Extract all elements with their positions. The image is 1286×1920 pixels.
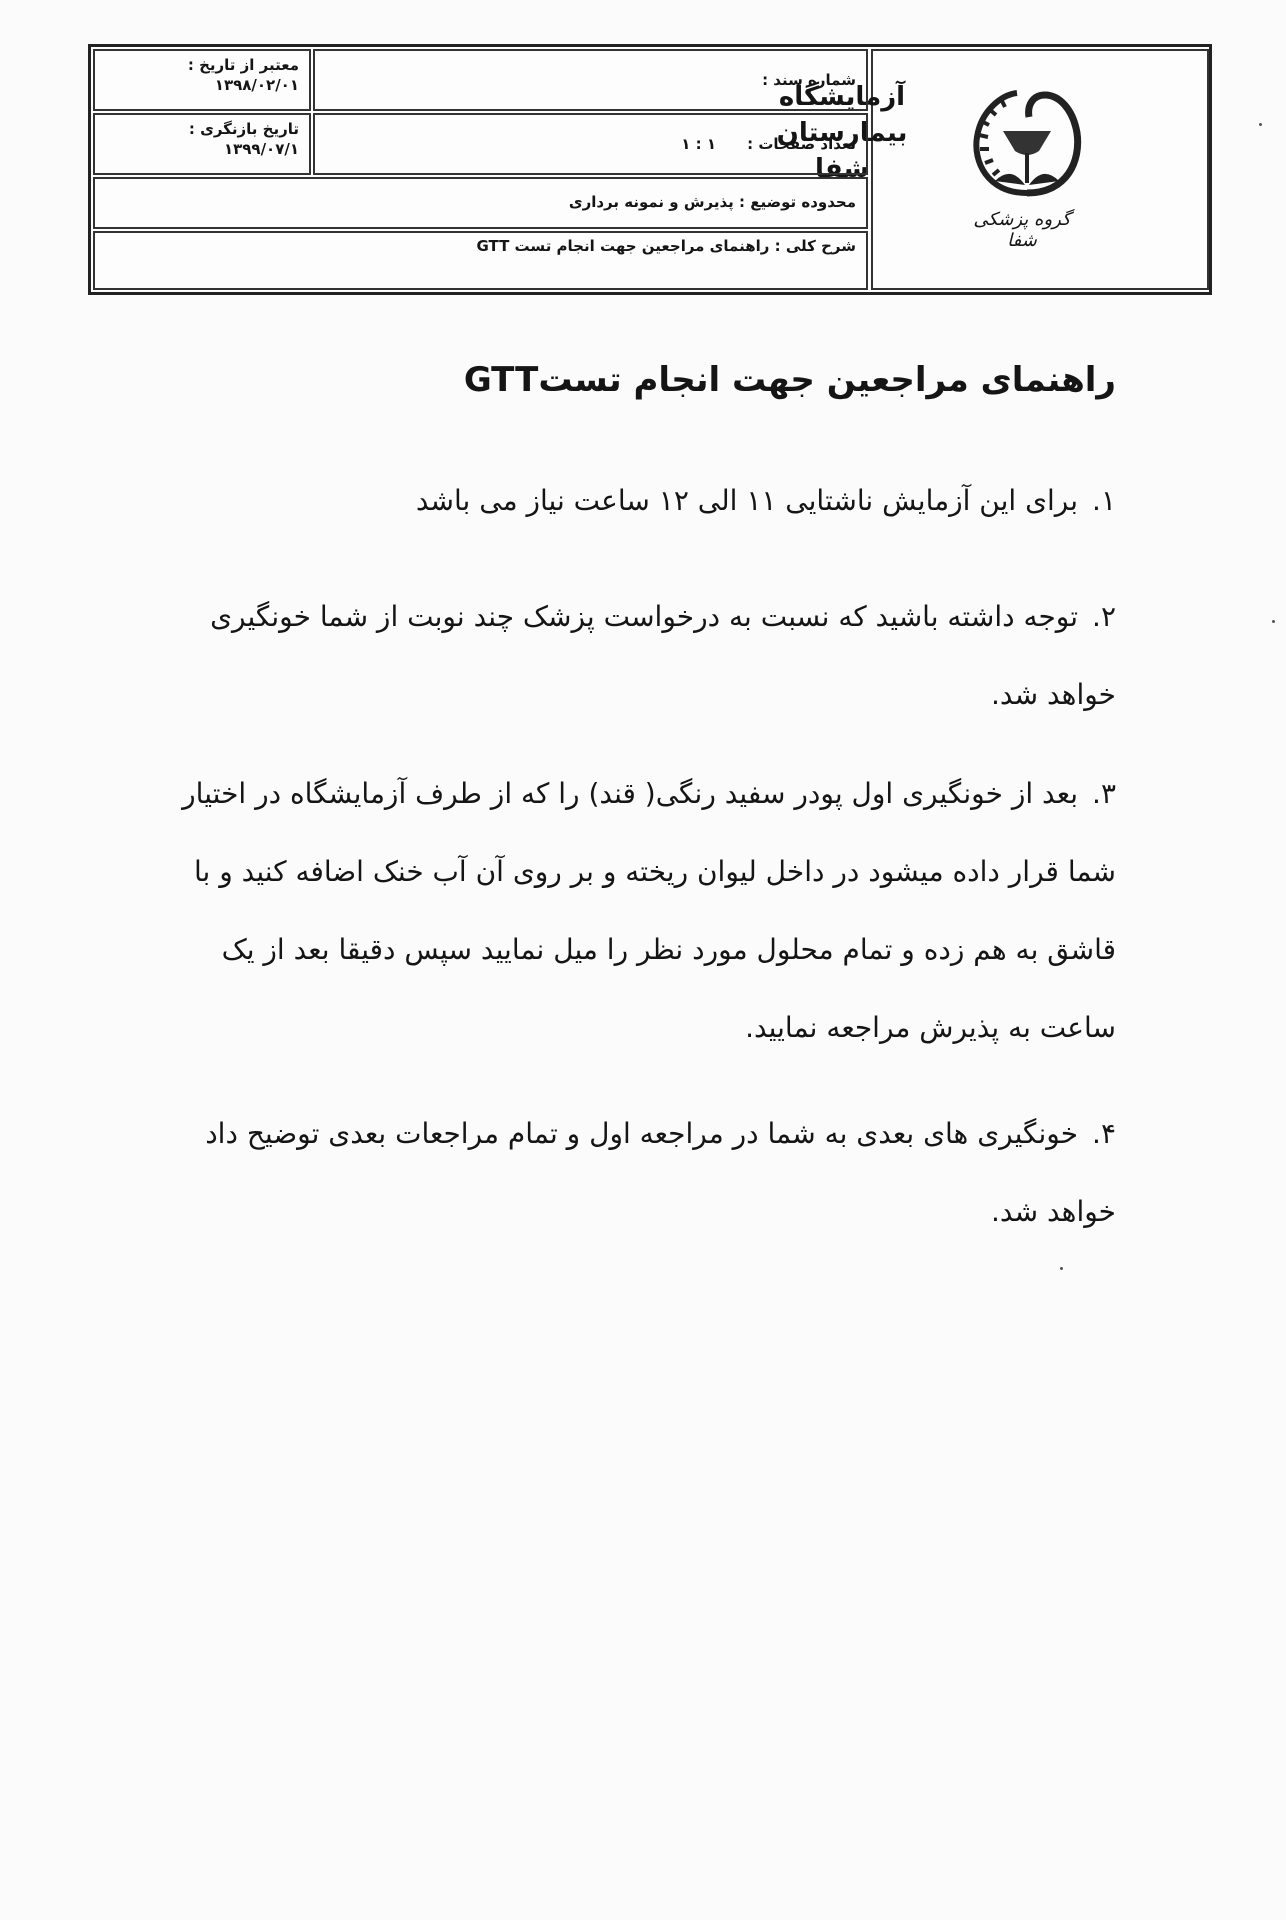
item-text: برای این آزمایش ناشتایی ۱۱ الی ۱۲ ساعت ن… xyxy=(416,484,1078,517)
item-text: توجه داشته باشید که نسبت به درخواست پزشک… xyxy=(210,600,1116,711)
item-number: ۲. xyxy=(1092,600,1116,633)
paper-speck xyxy=(1259,123,1262,126)
header-table: آزمایشگاه بیمارستان شفا گروه پزشکی شفا ش… xyxy=(88,44,1212,295)
scope-cell: محدوده توضیع : پذیرش و نمونه برداری xyxy=(93,177,868,229)
item-number: ۴. xyxy=(1092,1117,1116,1150)
instruction-item: ۴.خونگیری های بعدی به شما در مراجعه اول … xyxy=(156,1095,1116,1251)
item-number: ۱. xyxy=(1092,484,1116,517)
organization-cell: آزمایشگاه بیمارستان شفا گروه پزشکی شفا xyxy=(871,49,1209,290)
description-label: شرح کلی : راهنمای مراجعین جهت انجام تست … xyxy=(476,237,856,255)
instruction-item: ۲.توجه داشته باشید که نسبت به درخواست پز… xyxy=(156,578,1116,734)
instruction-item: ۱.برای این آزمایش ناشتایی ۱۱ الی ۱۲ ساعت… xyxy=(156,462,1116,540)
item-text: خونگیری های بعدی به شما در مراجعه اول و … xyxy=(205,1117,1116,1228)
document-page: آزمایشگاه بیمارستان شفا گروه پزشکی شفا ش… xyxy=(0,0,1286,1920)
valid-from-cell: معتبر از تاریخ : ۱۳۹۸/۰۲/۰۱ xyxy=(93,49,311,111)
review-date-label: تاریخ بازنگری : xyxy=(95,115,309,139)
valid-from-label: معتبر از تاریخ : xyxy=(95,51,309,75)
item-number: ۳. xyxy=(1092,777,1116,810)
logo-caption: گروه پزشکی شفا xyxy=(957,209,1087,251)
hospital-logo-icon xyxy=(967,81,1087,201)
page-title: راهنمای مراجعین جهت انجام تستGTT xyxy=(464,360,1116,400)
item-text: بعد از خونگیری اول پودر سفید رنگی( قند) … xyxy=(182,777,1116,1044)
page-count-cell: تعداد صفحات : ۱ : ۱ xyxy=(313,113,868,175)
scope-label: محدوده توضیع : پذیرش و نمونه برداری xyxy=(569,193,856,211)
page-count-label: تعداد صفحات : xyxy=(747,135,856,153)
valid-from-value: ۱۳۹۸/۰۲/۰۱ xyxy=(95,75,309,95)
page-count-value: ۱ : ۱ xyxy=(681,135,716,153)
review-date-cell: تاریخ بازنگری : ۱۳۹۹/۰۷/۱ xyxy=(93,113,311,175)
document-number-cell: شماره سند : xyxy=(313,49,868,111)
review-date-value: ۱۳۹۹/۰۷/۱ xyxy=(95,139,309,159)
description-cell: شرح کلی : راهنمای مراجعین جهت انجام تست … xyxy=(93,231,868,290)
paper-speck xyxy=(1272,620,1275,623)
document-number-label: شماره سند : xyxy=(762,71,856,89)
paper-speck xyxy=(1060,1267,1063,1270)
instruction-item: ۳.بعد از خونگیری اول پودر سفید رنگی( قند… xyxy=(156,755,1116,1067)
